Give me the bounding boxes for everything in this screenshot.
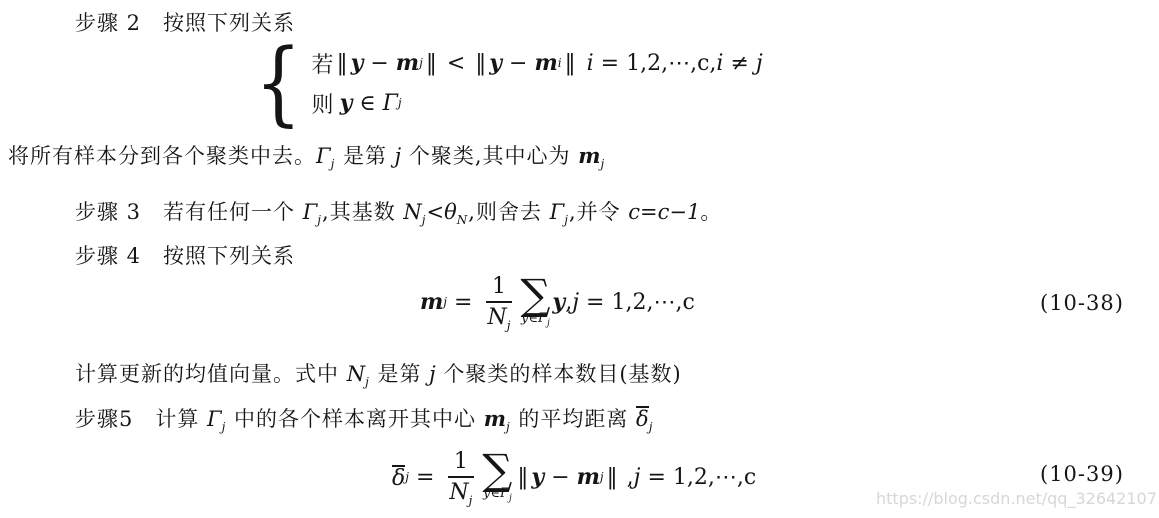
paragraph-assign-samples: 将所有样本分到各个聚类中去。Γj 是第 j 个聚类,其中心为 mj — [8, 140, 605, 170]
not-equal-sign: ≠ — [730, 51, 748, 76]
fraction: 1 Nj — [443, 449, 478, 505]
fraction: 1 Nj — [481, 274, 516, 330]
step5-label: 步骤5 计算 — [75, 407, 207, 431]
summation: ∑ y∈Γj — [482, 450, 512, 505]
sigma-icon: ∑ — [482, 450, 512, 490]
summation-limits: y∈Γj — [483, 488, 512, 505]
step3-label: 步骤 3 若有任何一个 — [75, 200, 303, 224]
equals-sign: = — [601, 51, 619, 76]
minus-sign: − — [551, 465, 569, 490]
norm-open-icon: ‖ — [517, 465, 528, 490]
text-run: 是第 — [370, 362, 429, 386]
var-gamma: Γ — [303, 200, 318, 224]
var-y: y — [531, 464, 544, 490]
var-m: m — [484, 406, 506, 431]
equation-10-39: δj = 1 Nj ∑ y∈Γj ‖ y − mj ‖ ,j = 1,2,⋯,c — [392, 449, 756, 505]
var-gamma: Γ — [383, 91, 398, 116]
var-y: y — [340, 90, 353, 116]
var-j: j — [572, 290, 579, 315]
condition-line-if: 若 ‖ y − mj ‖ < ‖ y − mi ‖ i = 1,2,⋯,c, i… — [312, 43, 763, 83]
comma: , — [627, 465, 634, 490]
equation-number-10-39: (10-39) — [1040, 462, 1124, 486]
var-y: y — [351, 50, 364, 76]
step5-line: 步骤5 计算 Γj 中的各个样本离开其中心 mj 的平均距离 δj — [75, 403, 653, 433]
var-delta-bar: δ — [392, 465, 405, 490]
fraction-denominator: Nj — [481, 303, 516, 330]
var-m: m — [577, 464, 600, 490]
limit-expr: y∈Γ — [483, 486, 509, 501]
var-m: m — [420, 289, 443, 315]
subscript-N: N — [457, 213, 469, 227]
text-run: 的平均距离 — [511, 407, 636, 431]
var-i: i — [716, 51, 723, 76]
step3-line: 步骤 3 若有任何一个 Γj,其基数 Nj<θN,则舍去 Γj,并令 c=c−1… — [75, 196, 722, 226]
equation-10-38: mj = 1 Nj ∑ y∈Γj y,j = 1,2,⋯,c — [420, 274, 695, 330]
norm-close-icon: ‖ — [607, 465, 618, 490]
equals-sign: = — [416, 465, 434, 490]
var-y: y — [552, 289, 565, 315]
var-j: j — [756, 51, 763, 76]
then-label: 则 — [312, 88, 334, 119]
minus-sign: − — [509, 51, 527, 76]
var-gamma: Γ — [550, 200, 565, 224]
var-delta-bar: δ — [636, 406, 649, 430]
watermark-url: https://blog.csdn.net/qq_32642107 — [876, 489, 1157, 508]
index-list: 1,2,⋯,c, — [626, 51, 716, 76]
var-N: N — [449, 480, 468, 505]
text-run: 是第 — [335, 144, 394, 168]
var-y: y — [489, 50, 502, 76]
period: 。 — [700, 200, 722, 224]
step4-heading: 步骤 4 按照下列关系 — [75, 240, 295, 270]
textbook-page: 步骤 2 按照下列关系 { 若 ‖ y − mj ‖ < ‖ y − mi ‖ … — [0, 0, 1159, 518]
equation-number-10-38: (10-38) — [1040, 291, 1124, 315]
var-i: i — [587, 51, 594, 76]
summation: ∑ y∈Γj — [520, 275, 550, 330]
subscript-j: j — [469, 493, 473, 507]
text-run: ,则舍去 — [468, 200, 549, 224]
equals-sign: = — [586, 290, 604, 315]
element-of-sign: ∈ — [359, 91, 375, 116]
equals-sign: = — [647, 465, 665, 490]
var-gamma: Γ — [207, 407, 222, 431]
if-label: 若 — [312, 48, 334, 79]
index-list: 1,2,⋯,c — [611, 290, 694, 315]
norm-close-icon: ‖ — [565, 51, 576, 76]
text-run: 中的各个样本离开其中心 — [226, 407, 483, 431]
summation-limits: y∈Γj — [521, 313, 550, 330]
var-j: j — [634, 465, 641, 490]
var-m: m — [396, 50, 419, 76]
norm-open-icon: ‖ — [337, 51, 348, 76]
subscript-j: j — [600, 157, 605, 171]
text-run: ,并令 — [569, 200, 628, 224]
subscript-j: j — [649, 420, 654, 434]
var-N: N — [347, 362, 365, 386]
minus-sign: − — [370, 51, 388, 76]
equals-sign: = — [454, 290, 472, 315]
expr-c-decrement: c=c−1 — [628, 200, 700, 224]
var-N: N — [487, 305, 506, 330]
var-m: m — [578, 143, 600, 168]
less-than-sign: < — [427, 200, 445, 224]
norm-open-icon: ‖ — [475, 51, 486, 76]
var-theta: θ — [444, 200, 457, 224]
var-m: m — [534, 50, 557, 76]
subscript-j: j — [547, 318, 550, 328]
limit-expr: y∈Γ — [521, 311, 547, 326]
subscript-j: j — [507, 318, 511, 332]
fraction-denominator: Nj — [443, 478, 478, 505]
index-list: 1,2,⋯,c — [673, 465, 756, 490]
sigma-icon: ∑ — [520, 275, 550, 315]
fraction-numerator: 1 — [486, 274, 512, 303]
text-run: 将所有样本分到各个聚类中去。 — [8, 144, 316, 168]
var-N: N — [403, 200, 421, 224]
paragraph-mean-vector: 计算更新的均值向量。式中 Nj 是第 j 个聚类的样本数目(基数) — [75, 358, 682, 388]
text-run: 个聚类,其中心为 — [401, 144, 578, 168]
var-gamma: Γ — [316, 144, 331, 168]
text-run: ,其基数 — [322, 200, 403, 224]
less-than-sign: < — [447, 51, 465, 76]
condition-formula: { 若 ‖ y − mj ‖ < ‖ y − mi ‖ i = 1,2,⋯,c,… — [249, 43, 763, 123]
subscript-j: j — [509, 493, 512, 503]
text-run: 个聚类的样本数目(基数) — [436, 362, 682, 386]
fraction-numerator: 1 — [448, 449, 474, 478]
condition-lines: 若 ‖ y − mj ‖ < ‖ y − mi ‖ i = 1,2,⋯,c, i… — [312, 43, 763, 123]
condition-line-then: 则 y ∈ Γj — [312, 83, 763, 123]
text-run: 计算更新的均值向量。式中 — [75, 362, 347, 386]
norm-close-icon: ‖ — [426, 51, 437, 76]
left-brace: { — [255, 43, 302, 123]
